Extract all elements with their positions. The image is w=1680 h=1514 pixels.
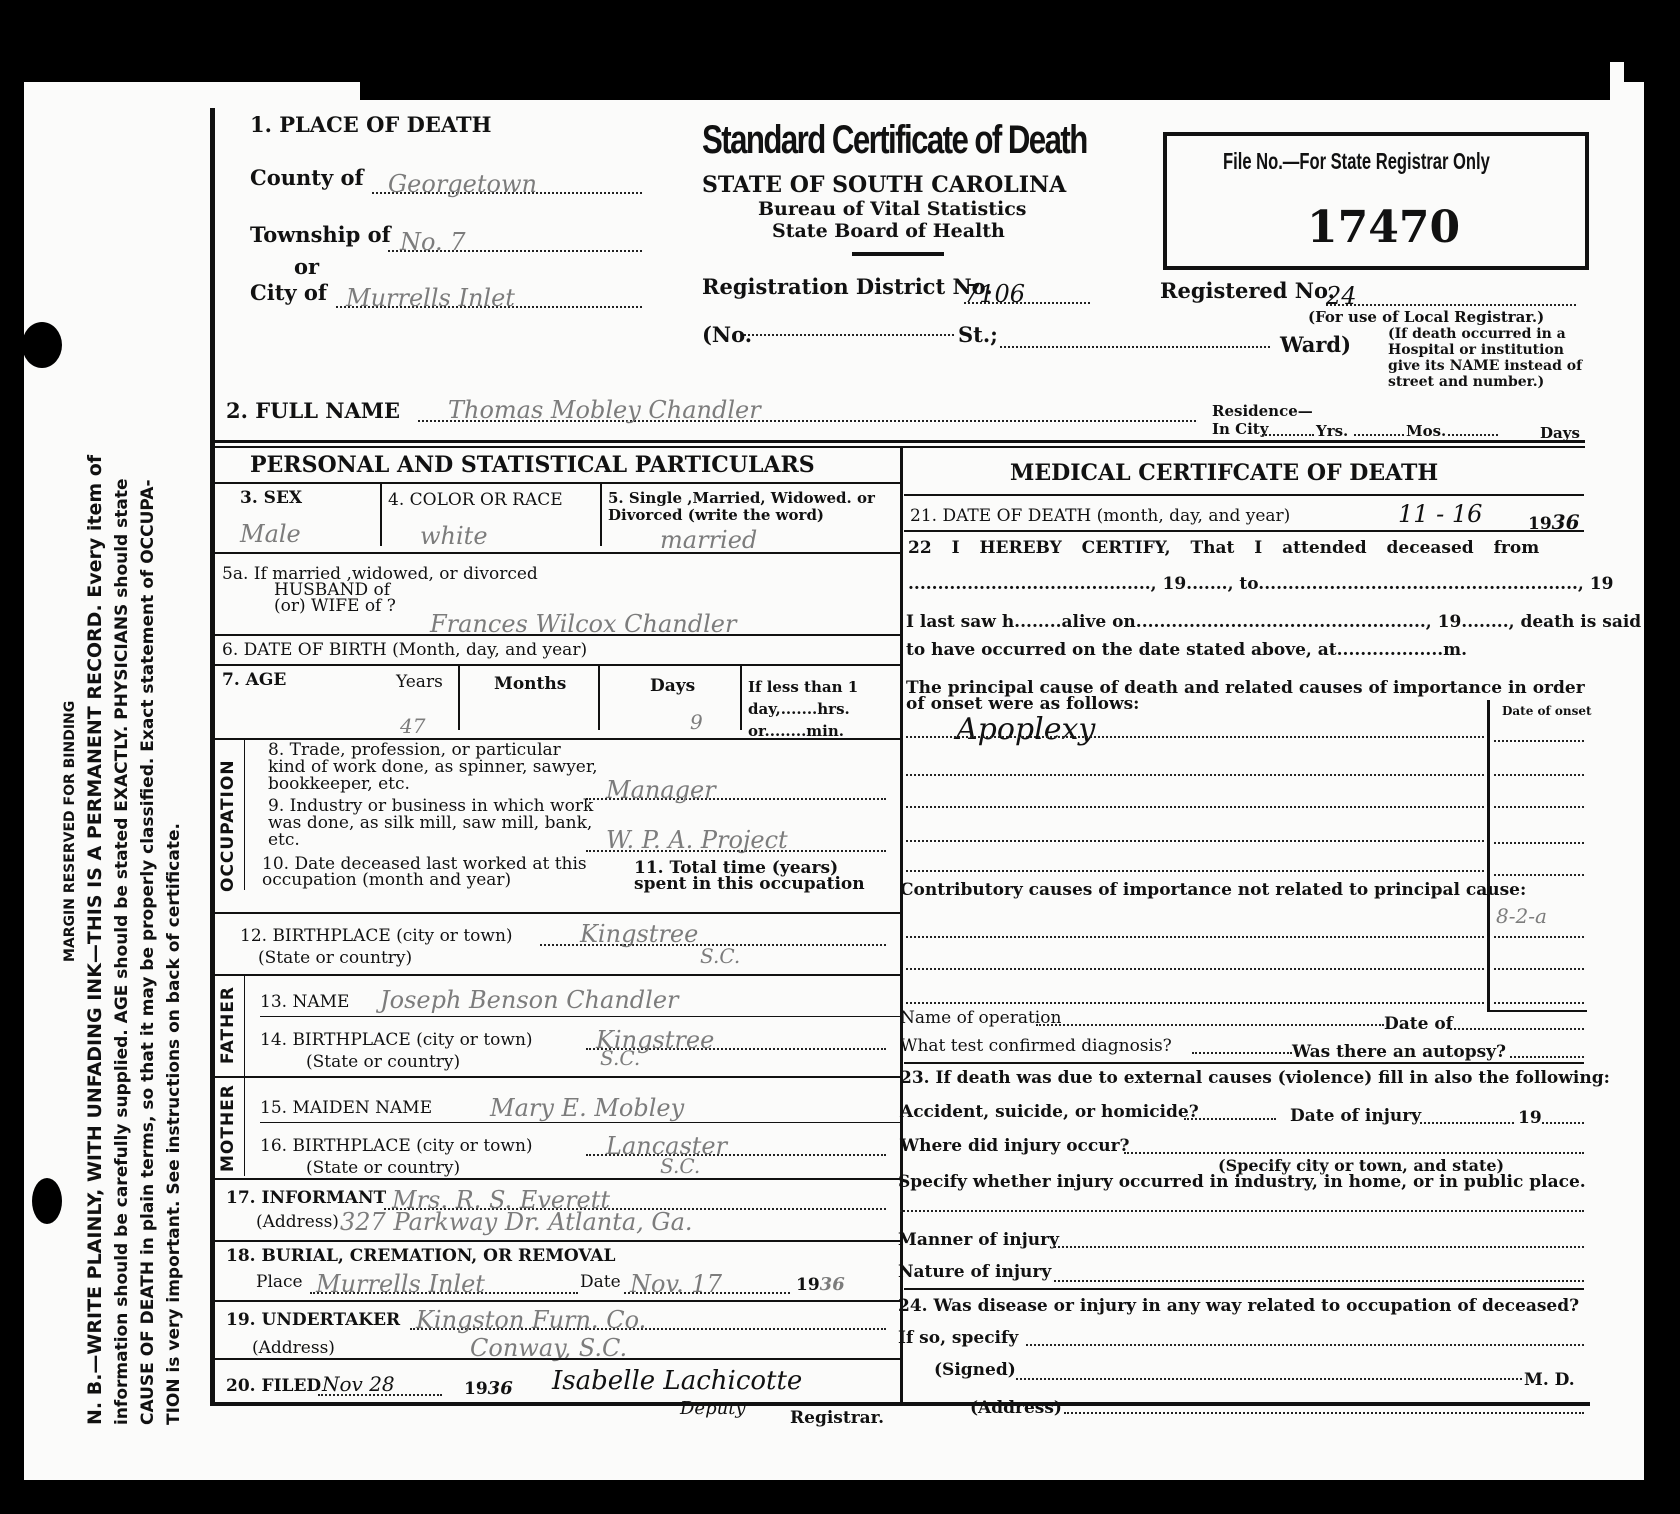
informant-label: 17. INFORMANT	[226, 1188, 386, 1208]
cause-line-4[interactable]	[906, 840, 1484, 842]
certificate-title: Standard Certificate of Death	[702, 118, 1087, 163]
residence-months-field[interactable]	[1354, 434, 1404, 436]
cause-line-1[interactable]	[906, 736, 1484, 738]
residence-days-field[interactable]	[1448, 434, 1498, 436]
row-rule-burial	[215, 1300, 900, 1302]
father-side-divider	[244, 976, 245, 1076]
filed-year-value: 36	[488, 1378, 513, 1399]
dob-label: 6. DATE OF BIRTH (Month, day, and year)	[222, 640, 587, 660]
residence-label: Residence—	[1212, 402, 1313, 420]
birthplace-value: Kingstree	[580, 920, 698, 948]
or-label: or	[294, 254, 319, 279]
mother-birthplace-field[interactable]: Lancaster	[586, 1132, 886, 1156]
board-name: State Board of Health	[772, 220, 1005, 242]
mother-name-value: Mary E. Mobley	[490, 1094, 684, 1122]
nature-label: Nature of injury	[898, 1262, 1051, 1282]
residence-yrs-label: Yrs.	[1316, 422, 1348, 440]
burial-place-value: Murrells Inlet	[316, 1270, 485, 1298]
occupation-related-label: 24. Was disease or injury in any way rel…	[898, 1296, 1579, 1316]
row-rule-undertaker	[215, 1358, 900, 1360]
industry-field[interactable]: W. P. A. Project	[586, 826, 886, 852]
test-label: What test confirmed diagnosis?	[900, 1036, 1172, 1056]
md-label: M. D.	[1524, 1370, 1575, 1390]
contributory-onset-value: 8-2-a	[1496, 904, 1547, 928]
margin-instruction-line-3: CAUSE OF DEATH in plain terms, so that i…	[138, 479, 158, 1425]
binding-hole-bottom	[32, 1178, 62, 1224]
residence-years-field[interactable]	[1262, 434, 1314, 436]
onset-line-4[interactable]	[1494, 842, 1584, 844]
race-marital-divider	[600, 484, 602, 546]
mother-birthplace-label: 16. BIRTHPLACE (city or town)	[260, 1136, 533, 1156]
birthplace-label: 12. BIRTHPLACE (city or town)	[240, 926, 513, 946]
row-rule-informant	[215, 1240, 900, 1242]
if-so-field[interactable]	[1026, 1344, 1584, 1346]
onset-line-3[interactable]	[1494, 806, 1584, 808]
years-label: Years	[396, 672, 443, 692]
signed-field[interactable]	[1016, 1378, 1522, 1380]
contributory-label: Contributory causes of importance not re…	[900, 880, 1526, 900]
marital-value: married	[660, 526, 757, 554]
father-birthplace-label: 14. BIRTHPLACE (city or town)	[260, 1030, 533, 1050]
father-side-label: FATHER	[218, 986, 238, 1064]
full-name-field[interactable]: Thomas Mobley Chandler	[418, 396, 1196, 422]
row-rule-occupation	[215, 912, 900, 914]
injury-date-label: Date of injury	[1290, 1106, 1421, 1126]
township-label: Township of	[250, 222, 391, 247]
contributory-line-3[interactable]	[906, 1002, 1484, 1004]
medical-heading: MEDICAL CERTIFCATE OF DEATH	[1010, 460, 1438, 486]
if-so-label: If so, specify	[898, 1328, 1018, 1348]
row-rule-dob	[215, 664, 900, 666]
row-rule-spouse	[215, 634, 900, 636]
burial-date-field[interactable]: Nov. 17	[624, 1270, 790, 1294]
file-number: 17470	[1307, 202, 1460, 253]
county-value: Georgetown	[388, 170, 537, 198]
birthplace-state-value: S.C.	[700, 944, 740, 968]
onset-column-bottom	[1487, 1010, 1587, 1012]
row-rule-birthplace	[215, 974, 900, 976]
burial-year-prefix: 19	[796, 1275, 820, 1295]
birthplace-state-label: (State or country)	[258, 948, 412, 968]
last-saw-label: I last saw h........alive on............…	[906, 612, 1641, 632]
undertaker-field[interactable]: Kingston Furn. Co.	[410, 1306, 886, 1330]
date-of-death-label: 21. DATE OF DEATH (month, day, and year)	[910, 506, 1290, 526]
burial-place-field[interactable]: Murrells Inlet	[310, 1270, 578, 1294]
manner-label: Manner of injury	[898, 1230, 1059, 1250]
street-label: St.;	[958, 322, 998, 347]
row-rule-sex	[215, 552, 900, 554]
principal-cause-value: Apoplexy	[956, 712, 1095, 747]
filed-value: Nov 28	[322, 1372, 395, 1396]
binding-hole-top	[22, 322, 62, 368]
less-than-label: If less than 1 day,.......hrs. or.......…	[748, 676, 898, 742]
nature-rule	[904, 1288, 1584, 1290]
sex-race-divider	[380, 484, 382, 546]
autopsy-rule	[904, 1062, 1584, 1064]
date-of-death-rule	[904, 530, 1584, 532]
mother-birthplace-state-value: S.C.	[660, 1154, 700, 1178]
autopsy-field[interactable]	[1510, 1056, 1584, 1058]
injury-year-prefix: 19	[1518, 1108, 1542, 1128]
external-causes-label: 23. If death was due to external causes …	[900, 1068, 1610, 1088]
medical-heading-rule	[904, 494, 1584, 496]
burial-label: 18. BURIAL, CREMATION, OR REMOVAL	[226, 1246, 615, 1266]
father-name-rule	[260, 1016, 900, 1017]
where-injury-field[interactable]	[1124, 1152, 1584, 1154]
registrar-label: Registrar.	[790, 1408, 884, 1428]
age-divider-1	[458, 666, 460, 730]
mother-name-label: 15. MAIDEN NAME	[260, 1098, 432, 1118]
full-name-label: 2. FULL NAME	[226, 398, 400, 423]
onset-line-8[interactable]	[1494, 1002, 1584, 1004]
signed-label: (Signed)	[934, 1360, 1016, 1380]
ward-label: Ward)	[1280, 332, 1351, 357]
sex-value: Male	[240, 520, 301, 548]
occupation-side-label: OCCUPATION	[218, 759, 238, 892]
industry-label: 9. Industry or business in which work wa…	[268, 798, 598, 849]
race-value: white	[420, 522, 488, 550]
mother-side-divider	[244, 1078, 245, 1176]
age-divider-3	[740, 666, 742, 730]
occupation-side-divider	[244, 740, 245, 890]
registered-no-value: 24	[1326, 282, 1357, 310]
margin-binding-note: MARGIN RESERVED FOR BINDING	[62, 701, 78, 962]
registration-district-field[interactable]: 7106	[964, 280, 1090, 304]
torn-top-strip	[360, 30, 1610, 100]
father-birthplace-state-label: (State or country)	[306, 1052, 460, 1072]
age-divider-2	[598, 666, 600, 730]
row-rule-father	[215, 1076, 900, 1078]
specify-where-label: Specify whether injury occurred in indus…	[898, 1172, 1586, 1192]
onset-line-2[interactable]	[1494, 774, 1584, 776]
age-label: 7. AGE	[222, 670, 286, 690]
full-name-value: Thomas Mobley Chandler	[448, 396, 761, 424]
years-value: 47	[400, 714, 425, 738]
months-label: Months	[494, 674, 566, 694]
in-city-label: In City	[1212, 420, 1268, 438]
state-name: STATE OF SOUTH CAROLINA	[702, 172, 1066, 198]
filed-year-prefix: 19	[464, 1379, 488, 1399]
trade-label: 8. Trade, profession, or particular kind…	[268, 742, 598, 793]
mother-birthplace-state-label: (State or country)	[306, 1158, 460, 1178]
undertaker-address-label: (Address)	[252, 1338, 335, 1358]
street-no-field[interactable]	[744, 334, 954, 336]
father-name-label: 13. NAME	[260, 992, 349, 1012]
margin-instruction-line-1: N. B.—WRITE PLAINLY, WITH UNFADING INK—T…	[84, 455, 106, 1425]
industry-value: W. P. A. Project	[606, 826, 788, 854]
autopsy-label: Was there an autopsy?	[1292, 1042, 1506, 1062]
occurred-label: to have occurred on the date stated abov…	[906, 640, 1467, 660]
burial-date-label: Date	[580, 1272, 621, 1292]
city-field[interactable]: Murrells Inlet	[336, 284, 642, 308]
row-rule-mother	[215, 1178, 900, 1180]
days-label: Days	[650, 676, 695, 696]
city-value: Murrells Inlet	[346, 284, 515, 312]
principal-cause-label: The principal cause of death and related…	[906, 680, 1586, 712]
father-birthplace-state-value: S.C.	[600, 1046, 640, 1070]
onset-line-1[interactable]	[1494, 740, 1584, 742]
filed-year: 1936	[464, 1378, 513, 1399]
last-worked-label: 10. Date deceased last worked at this oc…	[262, 856, 592, 888]
physician-address-label: (Address)	[970, 1398, 1062, 1418]
registration-district-label: Registration District No.	[702, 274, 993, 299]
column-divider	[900, 448, 903, 1404]
township-field[interactable]: No. 7	[388, 228, 642, 252]
accident-label: Accident, suicide, or homicide?	[900, 1102, 1199, 1122]
personal-heading-rule	[215, 482, 900, 484]
cause-line-2[interactable]	[906, 774, 1484, 776]
manner-field[interactable]	[1054, 1246, 1584, 1248]
onset-line-5[interactable]	[1494, 874, 1584, 876]
onset-line-7[interactable]	[1494, 968, 1584, 970]
margin-instruction-line-2: information should be carefully supplied…	[112, 478, 132, 1425]
street-field[interactable]	[1000, 346, 1270, 348]
city-label: City of	[250, 280, 327, 305]
where-injury-label: Where did injury occur?	[900, 1136, 1130, 1156]
margin-instruction-line-4: TION is very important. See instructions…	[164, 823, 184, 1425]
title-rule	[852, 252, 944, 256]
onset-column-border	[1487, 700, 1490, 1012]
attended-range: ........................................…	[908, 574, 1613, 594]
burial-year-value: 36	[820, 1274, 845, 1295]
informant-address-label: (Address)	[256, 1212, 339, 1232]
cause-line-5[interactable]	[906, 870, 1484, 872]
hospital-note: (If death occurred in a Hospital or inst…	[1388, 326, 1584, 390]
specify-where-field[interactable]	[900, 1210, 1584, 1212]
father-name-value: Joseph Benson Chandler	[380, 986, 679, 1014]
date-of-onset-label: Date of onset	[1502, 704, 1592, 718]
test-field[interactable]	[1192, 1052, 1292, 1054]
birthplace-field[interactable]: Kingstree	[540, 920, 886, 946]
race-label: 4. COLOR OR RACE	[388, 490, 563, 510]
local-registrar-note: (For use of Local Registrar.)	[1308, 308, 1544, 326]
total-time-label: 11. Total time (years) spent in this occ…	[634, 860, 884, 892]
personal-heading: PERSONAL AND STATISTICAL PARTICULARS	[250, 452, 815, 478]
spouse-label-3: (or) WIFE of ?	[274, 596, 396, 616]
county-label: County of	[250, 165, 364, 190]
bureau-name: Bureau of Vital Statistics	[758, 198, 1026, 220]
file-number-box: File No.—For State Registrar Only 17470	[1163, 132, 1589, 270]
registration-district-value: 7106	[964, 280, 1025, 308]
informant-address-value: 327 Parkway Dr. Atlanta, Ga.	[340, 1208, 693, 1236]
township-value: No. 7	[400, 228, 466, 256]
registered-no-field[interactable]: 24	[1326, 282, 1576, 306]
informant-field[interactable]: Mrs. R. S. Everett	[384, 1186, 886, 1210]
operation-field[interactable]	[1036, 1024, 1384, 1026]
trade-value: Manager	[606, 776, 716, 804]
injury-year-field[interactable]	[1542, 1122, 1584, 1124]
filed-label: 20. FILED	[226, 1376, 321, 1396]
operation-date-field[interactable]	[1450, 1028, 1584, 1030]
place-of-death-heading: 1. PLACE OF DEATH	[250, 112, 491, 137]
filed-field[interactable]: Nov 28	[318, 1372, 442, 1396]
days-value: 9	[690, 710, 703, 734]
county-field[interactable]: Georgetown	[372, 170, 642, 194]
registered-no-label: Registered No.	[1160, 278, 1335, 303]
accident-field[interactable]	[1184, 1118, 1276, 1120]
contributory-line-1[interactable]	[906, 936, 1484, 938]
deputy-value: Deputy	[680, 1398, 746, 1419]
contributory-line-2[interactable]	[906, 968, 1484, 970]
date-of-death-value: 11 - 16	[1398, 500, 1482, 528]
registrar-signature[interactable]: Isabelle Lachicotte	[552, 1366, 802, 1396]
undertaker-value: Kingston Furn. Co.	[416, 1306, 646, 1334]
trade-field[interactable]: Manager	[586, 776, 886, 800]
place-label: Place	[256, 1272, 303, 1292]
cause-line-3[interactable]	[906, 806, 1484, 808]
marital-label: 5. Single ,Married, Widowed. or Divorced…	[608, 490, 898, 524]
residence-mos-label: Mos.	[1406, 422, 1446, 440]
operation-date-label: Date of	[1384, 1014, 1453, 1034]
file-box-label: File No.—For State Registrar Only	[1223, 148, 1490, 175]
section-divider	[215, 440, 1585, 443]
burial-year: 1936	[796, 1274, 845, 1295]
form-left-border	[210, 108, 215, 1406]
onset-line-6[interactable]	[1494, 936, 1584, 938]
mother-name-rule	[260, 1122, 900, 1123]
nature-field[interactable]	[1054, 1280, 1584, 1282]
undertaker-label: 19. UNDERTAKER	[226, 1310, 400, 1330]
mother-side-label: MOTHER	[218, 1084, 238, 1172]
sex-label: 3. SEX	[240, 488, 302, 508]
burial-date-value: Nov. 17	[630, 1270, 722, 1298]
injury-date-field[interactable]	[1420, 1122, 1514, 1124]
certify-label: 22 I HEREBY CERTIFY, That I attended dec…	[908, 538, 1539, 558]
physician-address-field[interactable]	[1064, 1412, 1584, 1414]
